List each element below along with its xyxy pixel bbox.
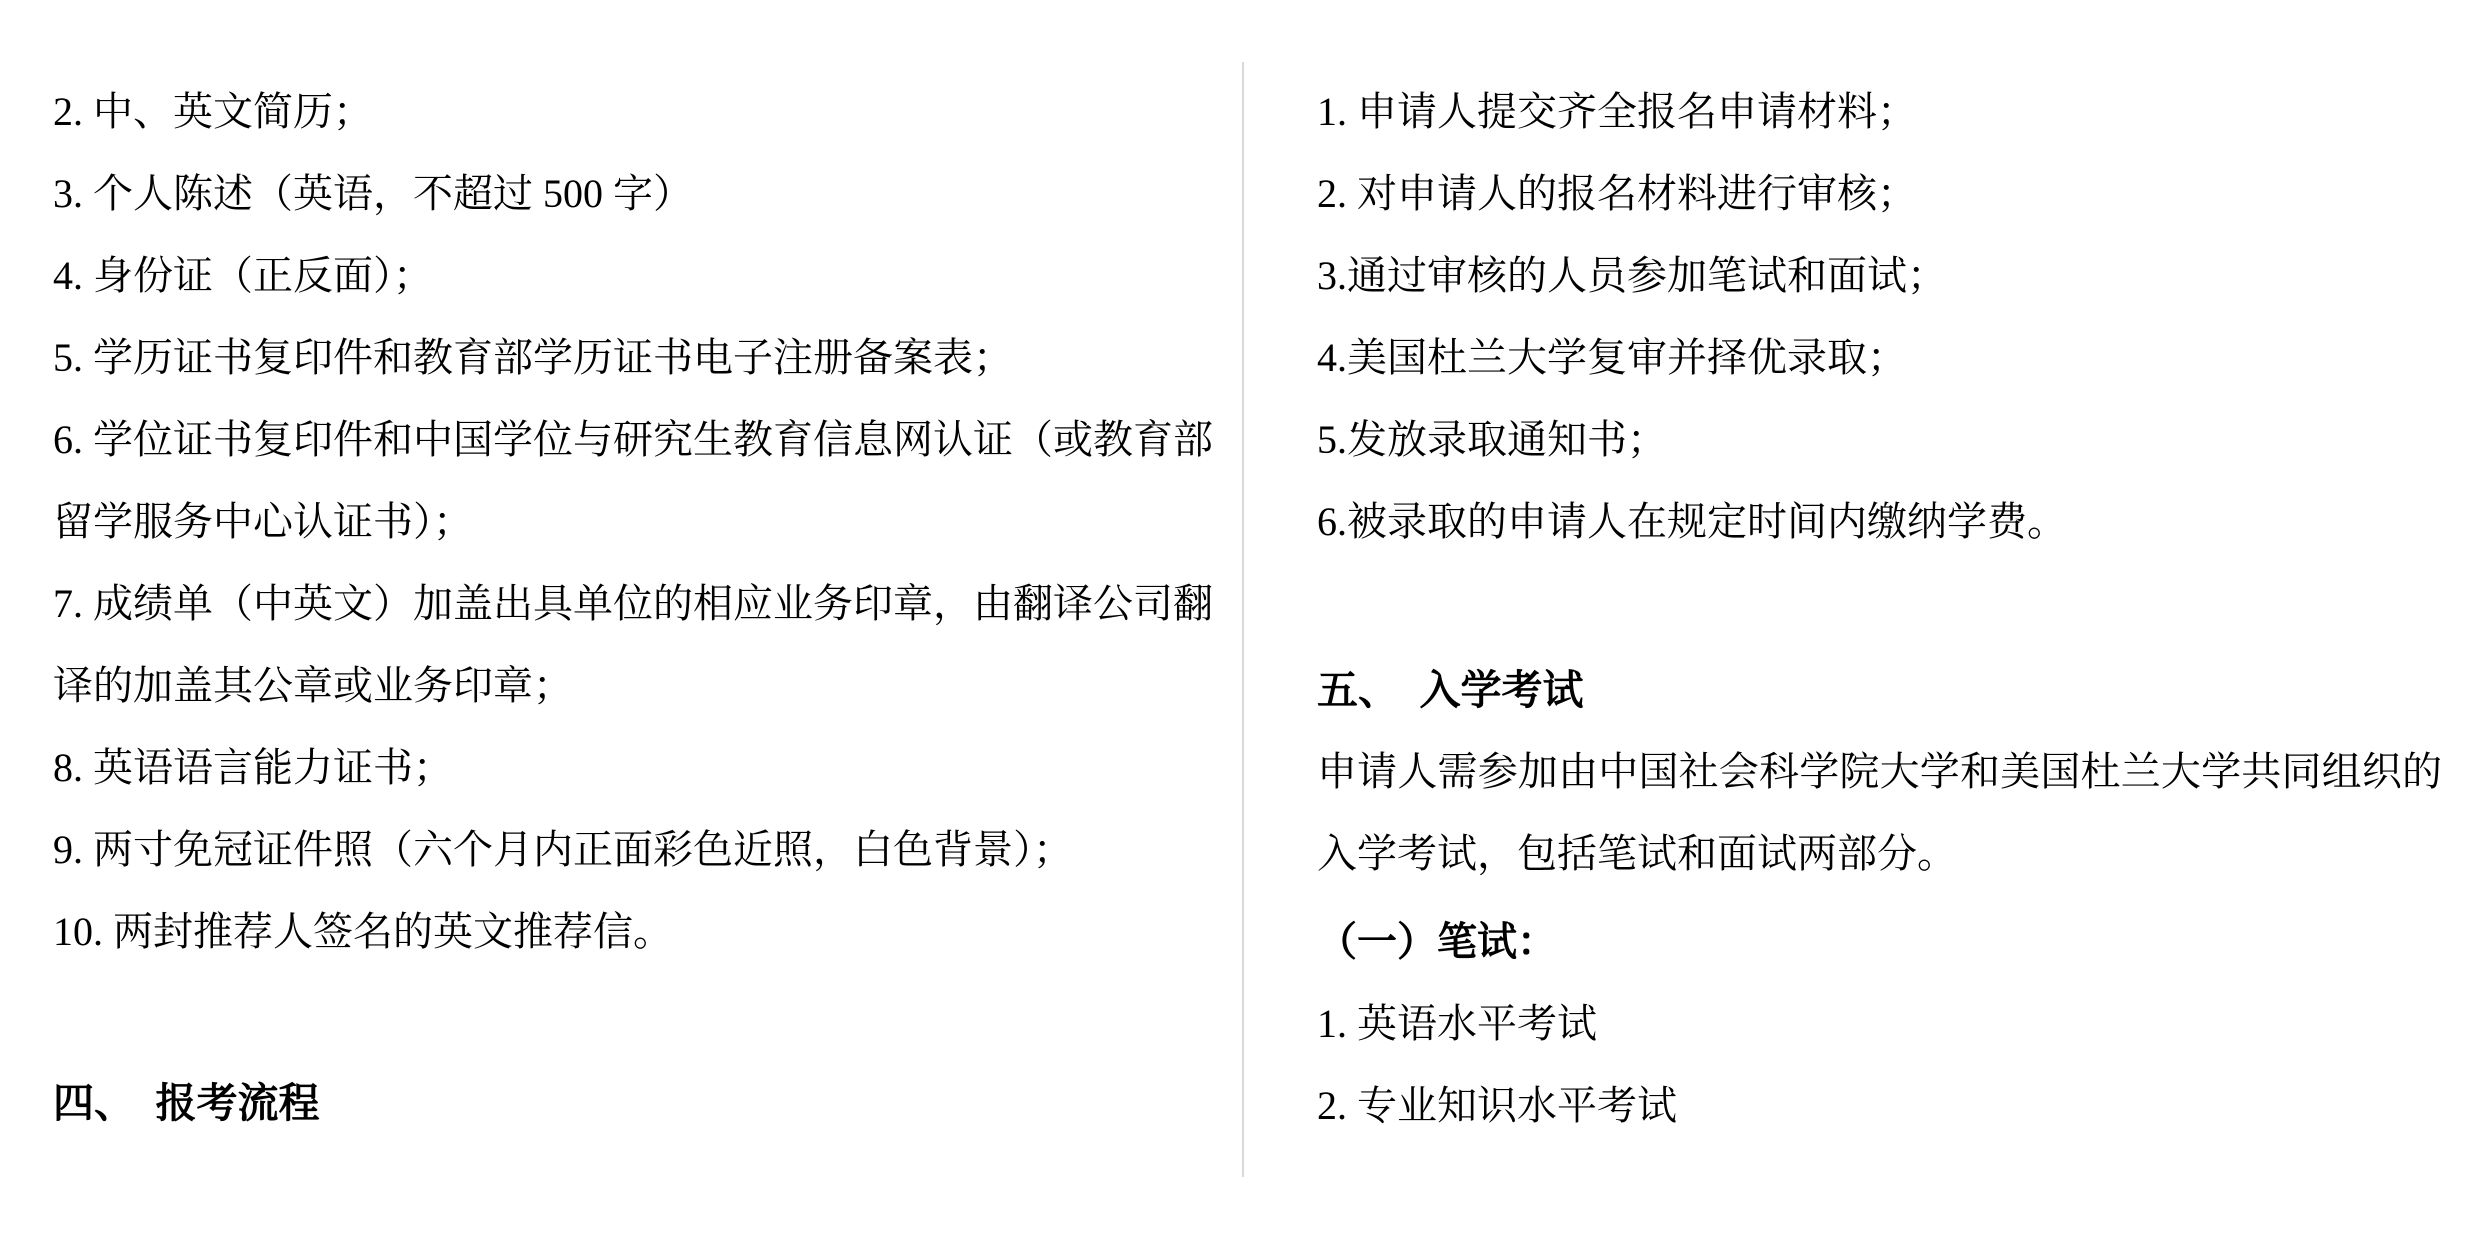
section-heading-entrance-exam: 五、 入学考试	[1317, 649, 2442, 731]
list-item: 5.发放录取通知书；	[1317, 399, 2442, 481]
list-item: 7. 成绩单（中英文）加盖出具单位的相应业务印章，由翻译公司翻译的加盖其公章或业…	[53, 563, 1213, 727]
column-divider	[1242, 62, 1244, 1177]
paragraph-exam-intro: 申请人需参加由中国社会科学院大学和美国杜兰大学共同组织的入学考试，包括笔试和面试…	[1317, 731, 2442, 895]
exam-item: 1. 英语水平考试	[1317, 983, 2442, 1065]
list-item: 6.被录取的申请人在规定时间内缴纳学费。	[1317, 481, 2442, 563]
list-item: 3. 个人陈述（英语，不超过 500 字）	[53, 153, 1213, 235]
list-item: 4. 身份证（正反面）；	[53, 235, 1213, 317]
list-item: 9. 两寸免冠证件照（六个月内正面彩色近照，白色背景）；	[53, 809, 1213, 891]
list-item: 4.美国杜兰大学复审并择优录取；	[1317, 317, 2442, 399]
section-heading-application-process: 四、 报考流程	[53, 1062, 1213, 1144]
list-item: 6. 学位证书复印件和中国学位与研究生教育信息网认证（或教育部留学服务中心认证书…	[53, 399, 1213, 563]
list-item: 5. 学历证书复印件和教育部学历证书电子注册备案表；	[53, 317, 1213, 399]
list-item: 2. 中、英文简历；	[53, 71, 1213, 153]
list-item: 10. 两封推荐人签名的英文推荐信。	[53, 891, 1213, 973]
document-page: 2. 中、英文简历； 3. 个人陈述（英语，不超过 500 字） 4. 身份证（…	[0, 0, 2491, 1255]
list-item: 8. 英语语言能力证书；	[53, 727, 1213, 809]
list-item: 2. 对申请人的报名材料进行审核；	[1317, 153, 2442, 235]
subsection-heading-written-test: （一）笔试：	[1317, 901, 2442, 983]
list-item: 1. 申请人提交齐全报名申请材料；	[1317, 71, 2442, 153]
right-column: 1. 申请人提交齐全报名申请材料； 2. 对申请人的报名材料进行审核； 3.通过…	[1317, 71, 2442, 1147]
exam-item: 2. 专业知识水平考试	[1317, 1065, 2442, 1147]
left-column: 2. 中、英文简历； 3. 个人陈述（英语，不超过 500 字） 4. 身份证（…	[53, 71, 1213, 1144]
list-item: 3.通过审核的人员参加笔试和面试；	[1317, 235, 2442, 317]
